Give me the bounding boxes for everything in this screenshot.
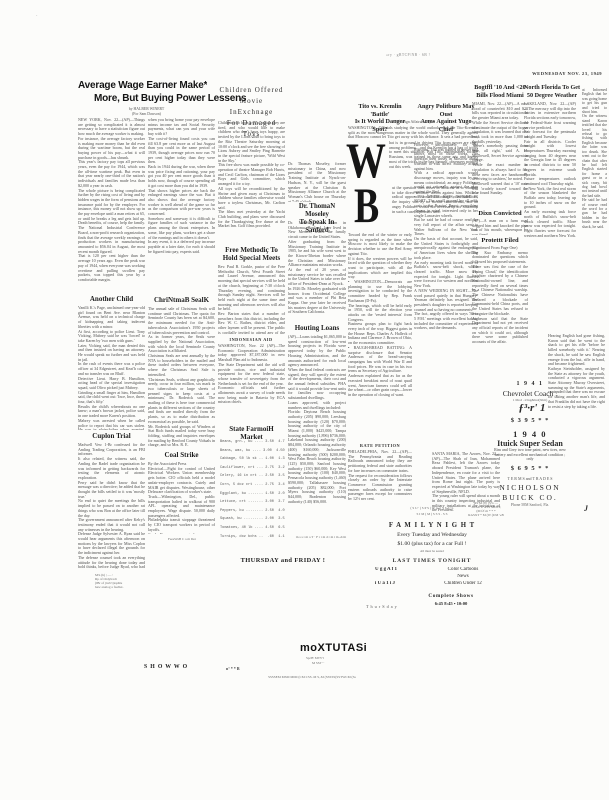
news-line: News (428, 574, 498, 579)
free-methodist-story: Rev. Paul B. Gorkle, pastor of the Free … (218, 265, 285, 334)
dealer-name-line1: NICHOLSON (490, 483, 570, 492)
lead-byline: by HALBER WINERT (For Sam Dawson) (78, 107, 215, 116)
coplon-trial-headline: Cuplon Trial (78, 432, 145, 440)
market-row: Peppers, bu ........ 2.50 4.00 (220, 507, 285, 516)
showwo-line: S H O W W O (142, 664, 190, 670)
protest-filed-headline: Protettt Filed (472, 237, 528, 244)
thursday-spaced-line: T h u r S d a y (366, 604, 397, 609)
coplon-trial-story: Madwell Vew 1-Br confessed for the Amlin… (78, 443, 145, 569)
christmas-seals-headline: ChriNtmaB SealK (148, 296, 215, 304)
market-row: Tomatoes, 40 lb .... 4.50 6.50 (220, 524, 285, 533)
movie-subline1: SpcB' MTV'l (306, 656, 368, 660)
movie-subline2: M SSI' ' ' (312, 661, 362, 665)
market-row: Cabbage, 50 lb sk .. 1.00 1.35 (220, 455, 285, 464)
chevrolet-ad-name: Chevrolet Coach : (490, 389, 570, 398)
theater-price-line: $1.00 (plus tax) for a car Full ! (360, 541, 504, 547)
dixon-convicted-story: (AP)—A man on a farm road dogged him and… (472, 219, 528, 235)
edge-column-story: at Informed English that he was going ho… (582, 88, 607, 332)
chevrolet-ad-year: 1 9 4 1 (490, 381, 570, 387)
movie-bits: n° * * B (226, 666, 240, 671)
buick-ad-price: $ 6 9 5 * * (490, 465, 570, 472)
buick-ad-desc: Rim and Grey two tone paint, new tires, … (493, 448, 567, 462)
christmas-seals-story: The annual sale of Christmas Seals will … (148, 307, 215, 448)
lead-headline-line1: Average Wage Earner Make* (78, 80, 207, 91)
dropcap-b: B (354, 182, 379, 232)
market-row: Celery, 16 in crt .. 2.50 3.50 (220, 472, 285, 481)
thursday-friday-line: THURSDAY and FRIDAY ! (238, 557, 328, 564)
theater-nights-line: Every Tuesday and Wednesday (364, 532, 500, 538)
indonesian-aid-headline: INDONESIAN AID (220, 337, 282, 342)
rate-petition-headline: RATE PETITION (354, 443, 406, 448)
bogus-bills-story: MIAMI, Nov. 22—(AP)—A new flood of count… (472, 102, 528, 208)
theater-name-line2: S I M ( M ( S S S . S S (392, 512, 472, 516)
bogus-bills-headline: Bogtffl '10 And <20 Bills Flood Miami (472, 84, 528, 99)
market-row: Eggplant, bu ....... 1.50 2.00 (220, 490, 285, 499)
free-methodist-headline: Free Methodiç To Hold Special Meets (218, 246, 285, 262)
lead-story-col1: NEW YORK, Nov. 22—(AP)—Things are gettin… (78, 118, 145, 293)
tito-story-col-right: However, unfortunately for the Russians,… (414, 143, 478, 443)
last-times-line: LAST TIMES TONIGHT (370, 558, 494, 564)
newspaper-page: · «ry · gBTCP/NB · 6B ! WEDNESDAY NOV. 2… (0, 0, 609, 800)
market-row: Beans, grn., bu .... 3.50 4.75 (220, 438, 285, 447)
market-row: Corn, 5 doz crt .... 2.75 3.40 (220, 481, 285, 490)
indonesian-aid-story: WASHINGTON, Nov. 22 (AP)—The Economic Co… (218, 344, 285, 421)
another-child-story: Vanilli K.'s Page, unclaimed one-year-ol… (78, 306, 145, 430)
buick-ad-name: Ituick Super Sedan (490, 439, 570, 448)
column-foot-line: FeeeWaB C a m Der (158, 537, 206, 541)
market-row: Cauliflower, crt ... 2.75 3.25 (220, 464, 285, 473)
bottom-caps-line: SSSSEM MSM MIM (CM CSS .M S,.M (SSSSS(SS… (228, 675, 396, 679)
chevrolet-ad-flourish: ƒ³·r' 1 (514, 402, 550, 414)
children-under-line: Children Under 12 (420, 581, 506, 586)
family-night-line: F A M I L Y N I G H T (368, 522, 496, 529)
movie-title: moXTUTASi (300, 642, 367, 654)
tito-byline: AP Foreign Affairs Analyst (348, 120, 478, 125)
complete-shows-line: Complete Shows (414, 593, 488, 599)
toys-story: Children who have toys of which they are… (218, 121, 285, 243)
lead-story-col2: when you bring home your pay envelope mi… (148, 118, 215, 293)
housing-loans-story: (AP)—Loans totaling $1,065,000 to speed … (288, 335, 346, 545)
dealer-phone-line: Phone 58M Sanford, Fla. (490, 503, 570, 507)
buick-ad-year: 1 9 4 0 (490, 429, 570, 439)
feature-title-garble: U g g A f 1 (358, 567, 414, 572)
coal-strike-story: By the Associated Press Electrical—Fight… (148, 462, 215, 534)
moseley-intro: Dr. Thomas Moseley, former missionary in… (288, 162, 346, 202)
moseley-story: Dr. Moseley was born in Oklahoma, Hoplan… (288, 221, 346, 322)
market-row: Lettuce, crt ....... 3.00 3.75 (220, 498, 285, 507)
farmers-market-table: Beans, grn., bu .... 3.50 4.75 Beans, wa… (220, 438, 285, 544)
show-times-line: 6:45 8:45 • 10:00 (414, 601, 488, 606)
date-line: WEDNESDAY NOV. 23, 1949 (498, 71, 602, 76)
rate-petition-story: PHILADELPHIA, Nov. 22—(AP)—The Pennsylva… (348, 450, 412, 500)
stray-mark: J (584, 504, 588, 513)
dealer-name-line2: BUICK CO. (490, 493, 570, 502)
theater-name-line1: ( S U ' ( S P S ( W A ' ( S S I ( L (382, 506, 482, 510)
market-row: Squash, bu ......... 2.00 3.50 (220, 515, 285, 524)
classified-note: M'n (h) | — / Rp of Ordytradr (lBr of jt… (95, 573, 151, 589)
housing-loans-headline: Houting Loans (288, 324, 346, 332)
color-cartoons-line: Color Cartoons (420, 567, 506, 572)
dealer-terms-line: T E R M S and T R A D E S (490, 476, 570, 481)
dropcap-w: W (346, 137, 386, 187)
weather-story: LAKELAND, Nov. 22—(AP)—The mercury will … (524, 102, 576, 330)
weather-headline: North Florida To Get 50 Degree Weather (522, 84, 582, 99)
protest-filed-story: (Continued From Page One) The Kuo Embass… (472, 246, 528, 376)
dixon-convicted-headline: Dixn Convicted (472, 210, 528, 217)
admit-garble: i U a 1 i J (356, 581, 414, 586)
market-row: Beans, wax, bu .... 3.00 4.50 (220, 447, 285, 456)
chevrolet-ad-price: $ 3 9 5 * * (490, 417, 570, 424)
tito-story-col-left: Toward the end of the winter or early sp… (348, 233, 412, 440)
theater-seated-line: All must be seated (390, 549, 474, 553)
coal-strike-headline: Coal Strike (148, 451, 215, 459)
another-child-headline: Another Child (78, 295, 145, 303)
scan-speck: · (36, 14, 38, 19)
postal-stamp-line: «ry · gBTCP/NB · 6B ! (386, 53, 516, 57)
